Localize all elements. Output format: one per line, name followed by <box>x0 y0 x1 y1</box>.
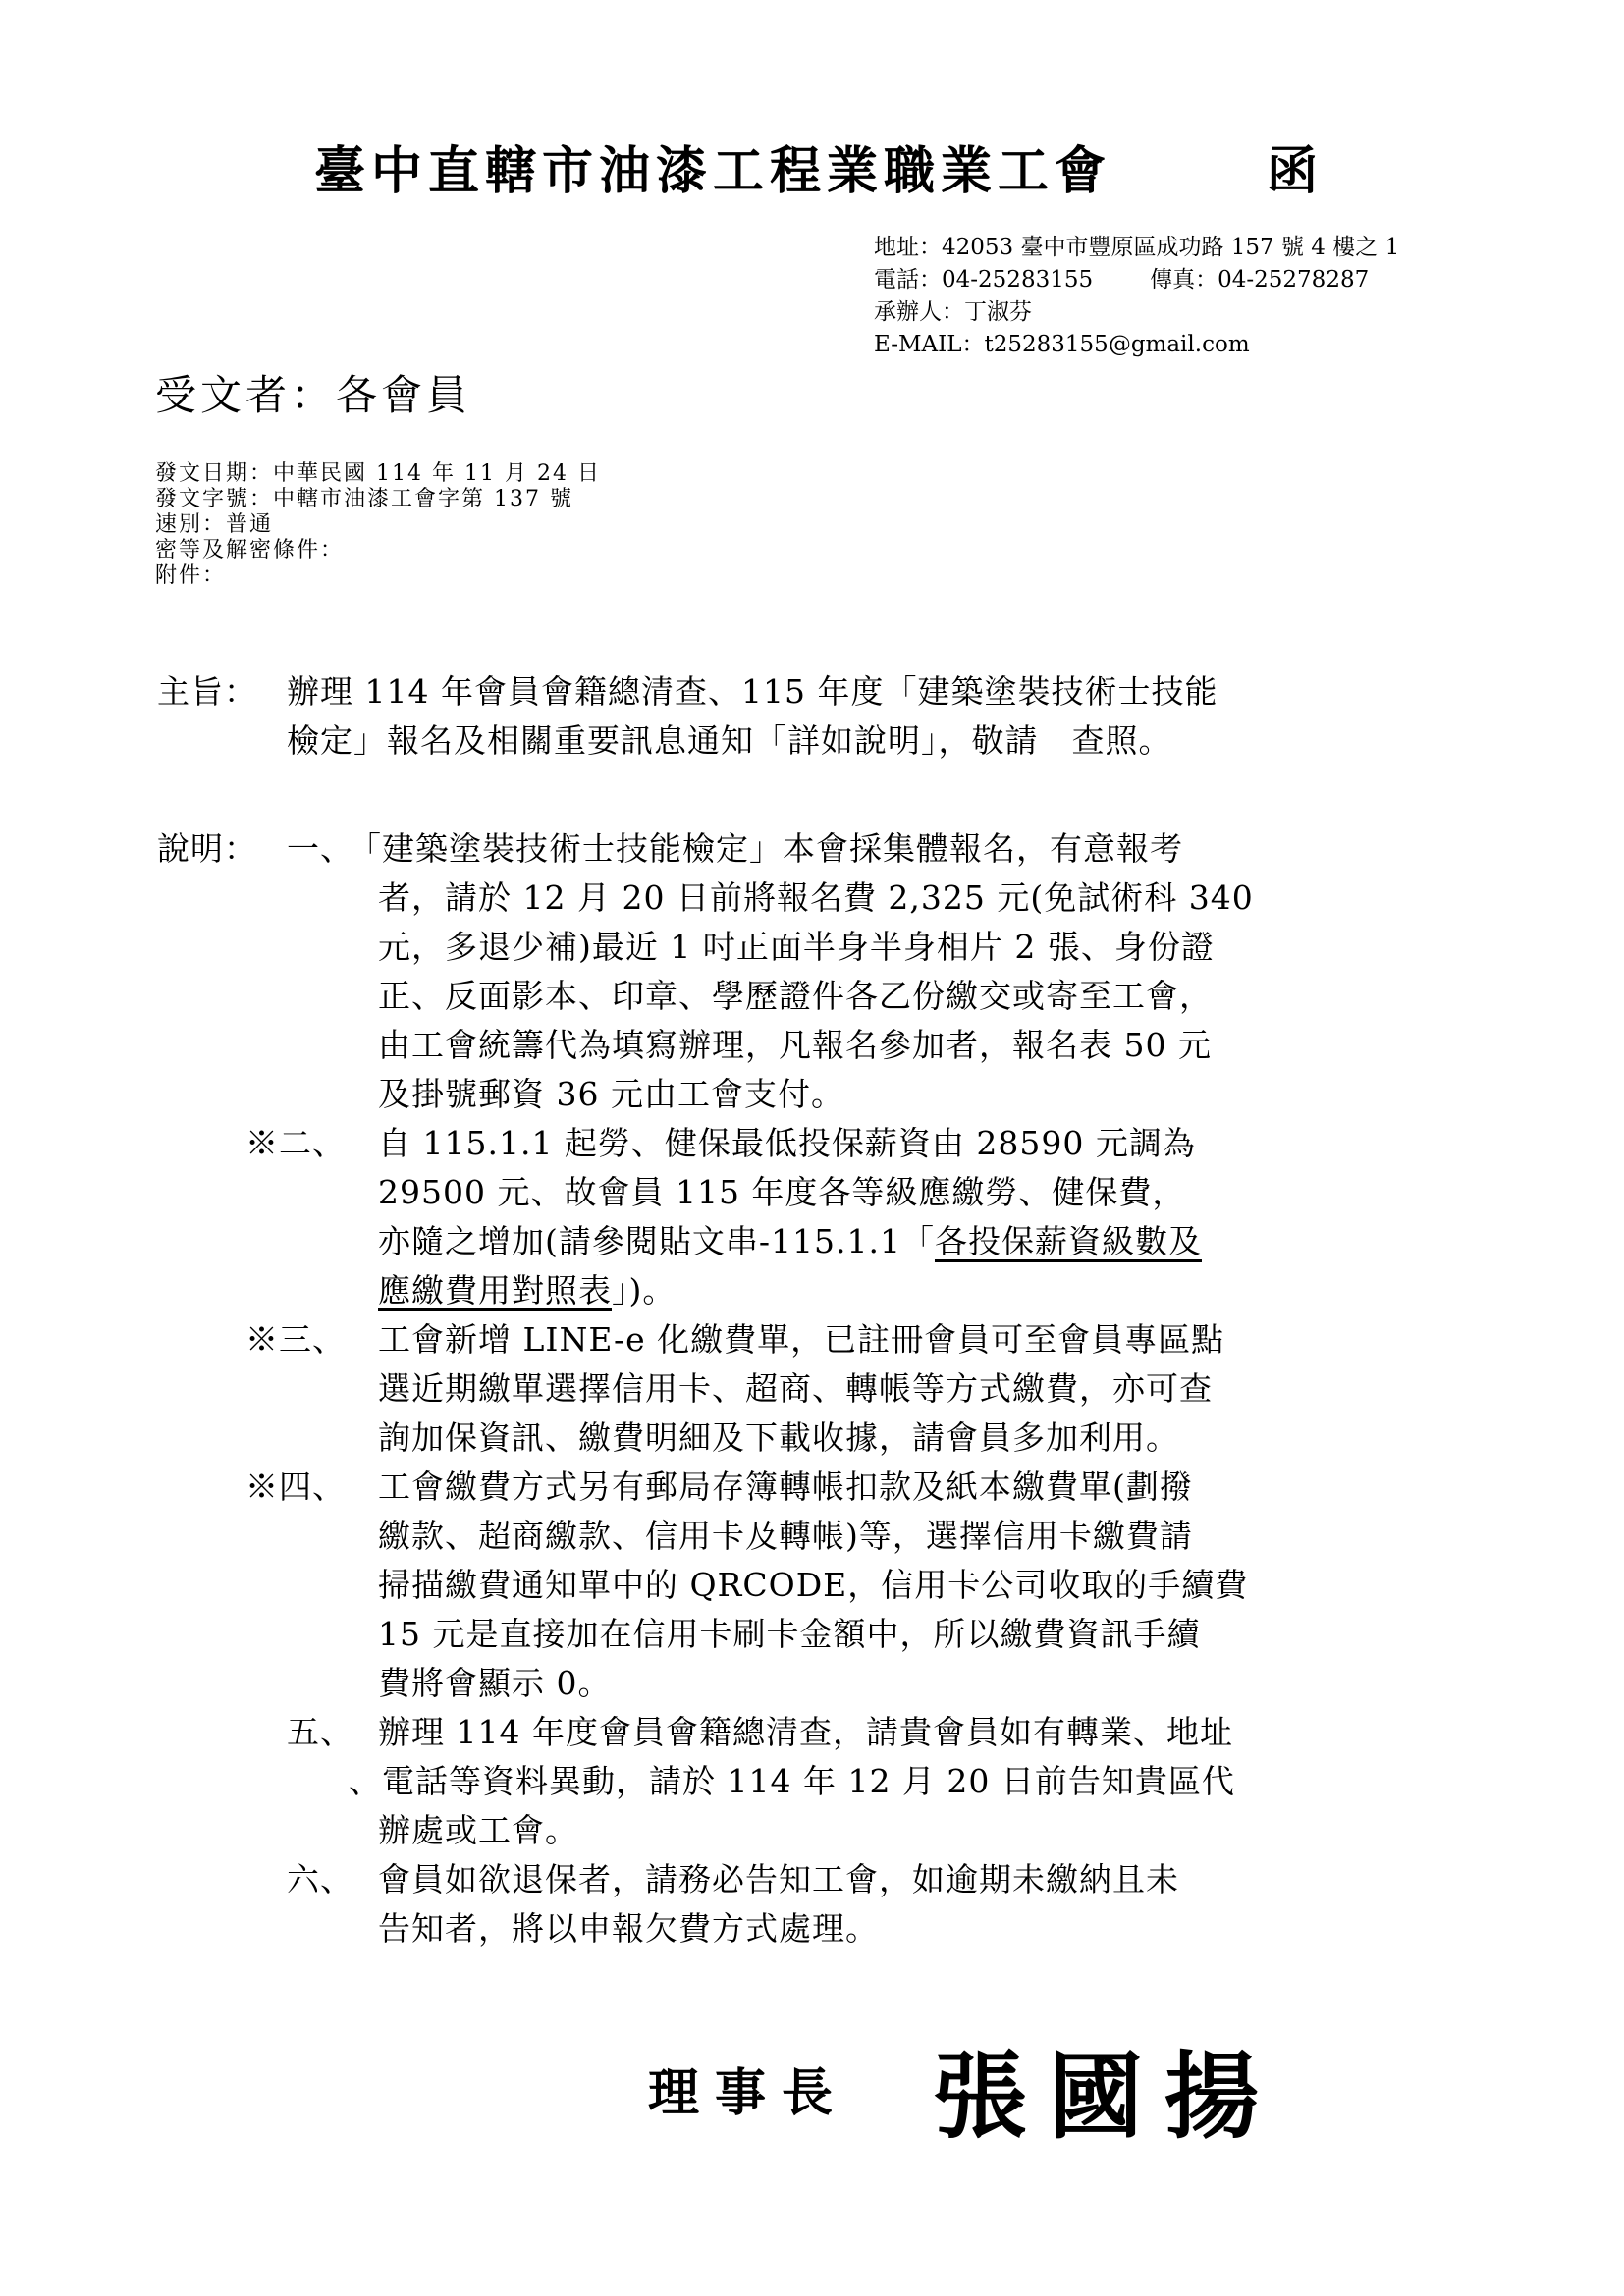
item-line: 工會新增 LINE-e 化繳費單，已註冊會員可至會員專區點 <box>378 1315 1224 1364</box>
item-line-text: 亦隨之增加(請參閱貼文串-115.1.1「 <box>378 1222 935 1260</box>
item-line: 及掛號郵資 36 元由工會支付。 <box>378 1070 844 1119</box>
subject-line: 檢定」報名及相關重要訊息通知「詳如說明」，敬請 查照。 <box>287 717 1172 766</box>
wage-table-reference-link[interactable]: 各投保薪資級數及 <box>935 1222 1202 1260</box>
contact-email: E-MAIL：t25283155@gmail.com <box>874 329 1399 361</box>
document-type: 函 <box>1267 130 1318 203</box>
item-line: 由工會統籌代為填寫辦理，凡報名參加者，報名表 50 元 <box>378 1021 1212 1070</box>
contact-handler: 承辦人：丁淑芬 <box>874 296 1399 329</box>
item-line: 正、反面影本、印章、學歷證件各乙份繳交或寄至工會， <box>378 972 1213 1021</box>
item-marker: 六、 <box>287 1855 353 1904</box>
item-marker: 一、 <box>287 825 353 874</box>
item-marker: ※四、 <box>245 1463 346 1512</box>
item-line: 辦理 114 年度會員會籍總清查，請貴會員如有轉業、地址 <box>378 1708 1233 1757</box>
subject-line: 辦理 114 年會員會籍總清查、115 年度「建築塗裝技術士技能 <box>287 667 1218 717</box>
item-line: 選近期繳單選擇信用卡、超商、轉帳等方式繳費，亦可查 <box>378 1364 1213 1414</box>
signature-name: 張國揚 <box>933 2022 1280 2157</box>
contact-phone: 電話：04-25283155 <box>874 267 1093 293</box>
subject-label: 主旨： <box>157 667 257 717</box>
signature-title: 理事長 <box>648 2052 848 2125</box>
item-line: 辦處或工會。 <box>378 1806 578 1855</box>
explanation-label: 說明： <box>157 825 257 874</box>
item-line: 「建築塗裝技術士技能檢定」本會採集體報名，有意報考 <box>349 825 1183 874</box>
item-marker: ※二、 <box>245 1119 346 1168</box>
document-number: 發文字號：中轄市油漆工會字第 137 號 <box>155 487 601 512</box>
contact-fax: 傳真：04-25278287 <box>1150 264 1369 296</box>
item-line: 、電話等資料異動，請於 114 年 12 月 20 日前告知貴區代 <box>349 1757 1235 1806</box>
issue-date: 發文日期：中華民國 114 年 11 月 24 日 <box>155 461 601 487</box>
item-line: 費將會顯示 0。 <box>378 1659 612 1708</box>
document-issuer-title: 臺中直轄市油漆工程業職業工會 <box>314 130 1111 203</box>
item-line: 繳款、超商繳款、信用卡及轉帳)等，選擇信用卡繳費請 <box>378 1512 1193 1561</box>
item-line: 詢加保資訊、繳費明細及下載收據，請會員多加利用。 <box>378 1414 1179 1463</box>
item-line: 亦隨之增加(請參閱貼文串-115.1.1「各投保薪資級數及 <box>378 1217 1202 1266</box>
item-line-text: 」)。 <box>612 1271 676 1309</box>
item-line: 29500 元、故會員 115 年度各等級應繳勞、健保費， <box>378 1168 1185 1217</box>
item-line: 掃描繳費通知單中的 QRCODE，信用卡公司收取的手續費 <box>378 1561 1248 1610</box>
item-line: 告知者，將以申報欠費方式處理。 <box>378 1904 879 1953</box>
item-line: 會員如欲退保者，請務必告知工會，如逾期未繳納且未 <box>378 1855 1179 1904</box>
contact-phone-fax-row: 電話：04-25283155傳真：04-25278287 <box>874 264 1399 296</box>
item-line: 工會繳費方式另有郵局存簿轉帳扣款及紙本繳費單(劃撥 <box>378 1463 1193 1512</box>
item-marker: ※三、 <box>245 1315 346 1364</box>
item-line: 自 115.1.1 起勞、健保最低投保薪資由 28590 元調為 <box>378 1119 1196 1168</box>
item-line: 者，請於 12 月 20 日前將報名費 2,325 元(免試術科 340 <box>378 874 1254 923</box>
item-line: 15 元是直接加在信用卡刷卡金額中，所以繳費資訊手續 <box>378 1610 1200 1659</box>
security-class: 密等及解密條件： <box>155 538 601 563</box>
item-line: 元，多退少補)最近 1 吋正面半身半身相片 2 張、身份證 <box>378 923 1215 972</box>
speed-class: 速別：普通 <box>155 512 601 538</box>
contact-address: 地址：42053 臺中市豐原區成功路 157 號 4 樓之 1 <box>874 232 1399 264</box>
item-marker: 五、 <box>287 1708 353 1757</box>
item-line: 應繳費用對照表」)。 <box>378 1266 676 1315</box>
attachment: 附件： <box>155 563 601 589</box>
recipient: 受文者：各會員 <box>155 363 471 422</box>
contact-block: 地址：42053 臺中市豐原區成功路 157 號 4 樓之 1 電話：04-25… <box>874 232 1399 361</box>
wage-table-reference-link[interactable]: 應繳費用對照表 <box>378 1271 612 1309</box>
document-meta: 發文日期：中華民國 114 年 11 月 24 日 發文字號：中轄市油漆工會字第… <box>155 461 601 589</box>
